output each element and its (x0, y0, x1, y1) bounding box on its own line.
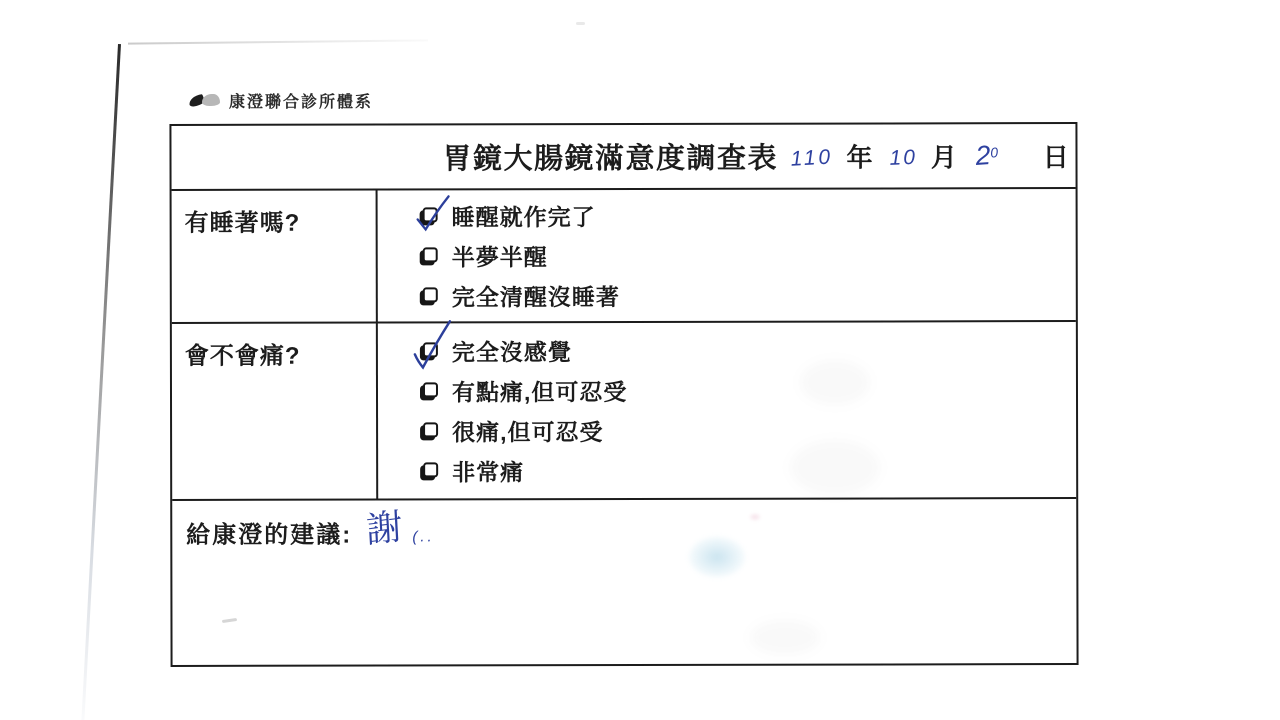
clinic-logo: 康澄聯合診所體系 (189, 89, 373, 112)
suggestion-handwriting: 謝 (.. (366, 514, 434, 546)
handwritten-day: 20 (975, 139, 1000, 172)
survey-table: 胃鏡大腸鏡滿意度調查表 110 年 10 月 20 日 有睡著嗎? 睡醒就作完了… (169, 122, 1078, 667)
option-item: 睡醒就作完了 (420, 194, 1076, 235)
checkbox-icon (423, 382, 438, 397)
checkbox-icon (423, 422, 438, 437)
checkbox-icon (423, 342, 438, 357)
scan-shadow (800, 360, 870, 405)
question-row-sleep: 有睡著嗎? 睡醒就作完了 半夢半醒 完全清醒沒睡著 (172, 189, 1076, 324)
ink-smudge (688, 536, 746, 578)
option-list: 完全沒感覺 有點痛,但可忍受 很痛,但可忍受 非常痛 (380, 322, 1076, 498)
option-label: 有點痛,但可忍受 (452, 373, 627, 406)
paper-left-edge (81, 44, 120, 720)
scan-speck (576, 22, 585, 25)
scanned-survey-form: 康澄聯合診所體系 胃鏡大腸鏡滿意度調查表 110 年 10 月 20 日 有睡著… (0, 0, 1280, 720)
title-row: 胃鏡大腸鏡滿意度調查表 110 年 10 月 20 日 (171, 124, 1075, 191)
handwritten-year: 110 (790, 145, 834, 171)
date-group: 110 年 10 月 20 日 (778, 137, 1069, 175)
option-label: 很痛,但可忍受 (452, 414, 603, 447)
checkbox-icon (423, 287, 438, 302)
question-label: 會不會痛? (172, 324, 378, 499)
day-unit-label: 日 (1043, 137, 1069, 174)
option-label: 半夢半醒 (452, 239, 548, 272)
option-item: 半夢半醒 (420, 234, 1076, 275)
form-title: 胃鏡大腸鏡滿意度調查表 (442, 136, 778, 178)
option-item: 完全清醒沒睡著 (420, 274, 1076, 315)
year-unit-label: 年 (846, 137, 872, 174)
option-item: 有點痛,但可忍受 (420, 369, 1076, 410)
option-label: 完全沒感覺 (452, 334, 572, 367)
scan-shadow (790, 440, 880, 495)
scan-shadow (750, 620, 820, 655)
question-row-pain: 會不會痛? 完全沒感覺 有點痛,但可忍受 很痛,但可忍受 非常痛 (172, 322, 1076, 501)
option-list: 睡醒就作完了 半夢半醒 完全清醒沒睡著 (380, 189, 1076, 321)
paper-top-edge (128, 39, 428, 44)
checkbox-icon (423, 462, 438, 477)
month-unit-label: 月 (931, 137, 957, 174)
option-label: 完全清醒沒睡著 (452, 279, 620, 312)
suggestion-label: 給康澄的建議: (186, 515, 352, 550)
question-label: 有睡著嗎? (172, 191, 378, 322)
option-label: 睡醒就作完了 (452, 199, 596, 232)
scan-artifact (748, 512, 762, 522)
checkbox-icon (423, 207, 438, 222)
option-item: 非常痛 (420, 449, 1076, 490)
option-label: 非常痛 (452, 454, 524, 487)
suggestion-row: 給康澄的建議: 謝 (.. (172, 499, 1076, 665)
checkbox-icon (423, 247, 438, 262)
handwritten-month: 10 (889, 145, 917, 170)
clinic-brand-text: 康澄聯合診所體系 (229, 89, 373, 112)
clinic-logo-icon (189, 93, 223, 108)
option-item: 很痛,但可忍受 (420, 409, 1076, 450)
option-item: 完全沒感覺 (420, 329, 1076, 370)
